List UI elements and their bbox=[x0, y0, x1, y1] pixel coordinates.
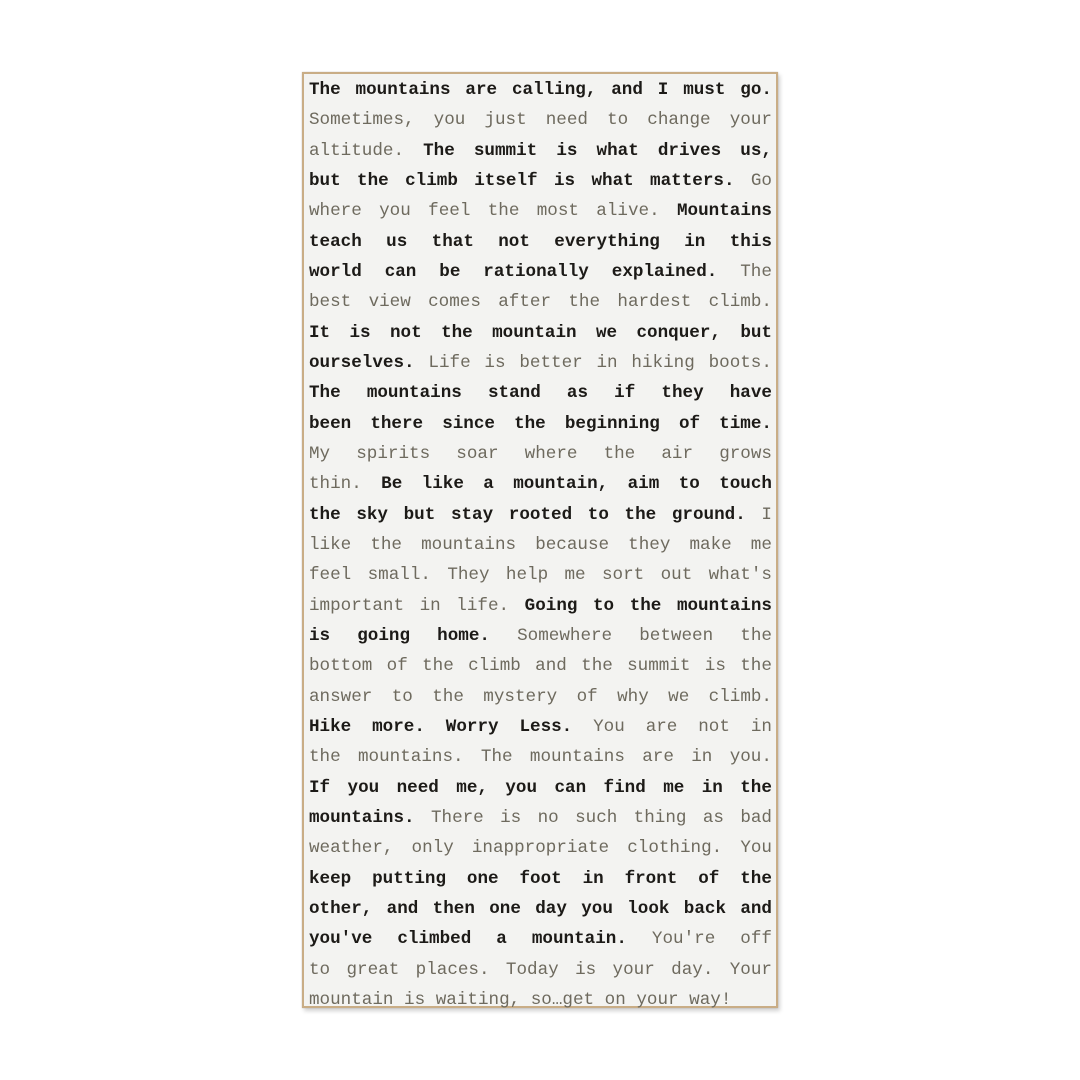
quote-word: Somewhere bbox=[517, 621, 612, 651]
quote-word: between bbox=[639, 621, 713, 651]
quote-word: feel bbox=[428, 196, 470, 226]
quote-word: we bbox=[596, 318, 617, 348]
text-line: altitude.Thesummitiswhatdrivesus, bbox=[309, 136, 772, 166]
quote-word: climb bbox=[405, 166, 458, 196]
quote-word: to bbox=[607, 105, 628, 135]
quote-word: the bbox=[630, 591, 662, 621]
quote-word: inappropriate bbox=[472, 833, 609, 863]
quote-word: mountains. bbox=[309, 803, 415, 833]
quote-word: change bbox=[647, 105, 710, 135]
quote-word: ourselves. bbox=[309, 348, 415, 378]
quote-word: is bbox=[705, 651, 726, 681]
quote-word: Less. bbox=[519, 712, 572, 742]
quote-word: climb bbox=[468, 651, 521, 681]
quote-word: you bbox=[348, 773, 380, 803]
quote-word: in bbox=[583, 864, 604, 894]
quote-word: me bbox=[565, 560, 586, 590]
quote-word: hiking bbox=[631, 348, 694, 378]
quote-word: feel bbox=[309, 560, 351, 590]
text-line: feelsmall.Theyhelpmesortoutwhat's bbox=[309, 560, 772, 590]
quote-word: air bbox=[661, 439, 693, 469]
quote-word: us bbox=[386, 227, 407, 257]
quote-word: a bbox=[496, 924, 507, 954]
quote-word: The bbox=[423, 136, 455, 166]
quote-word: the bbox=[604, 439, 636, 469]
quote-word: a bbox=[483, 469, 494, 499]
quote-word: way! bbox=[689, 985, 731, 1015]
text-line: Sometimes,youjustneedtochangeyour bbox=[309, 105, 772, 135]
quote-word: been bbox=[309, 409, 351, 439]
quote-word: to bbox=[679, 469, 700, 499]
quote-word: the bbox=[488, 196, 520, 226]
quote-word: the bbox=[740, 621, 772, 651]
text-line: teachusthatnoteverythinginthis bbox=[309, 227, 772, 257]
quote-word: in bbox=[702, 773, 723, 803]
text-line: Hikemore.WorryLess.Youarenotin bbox=[309, 712, 772, 742]
quote-word: you bbox=[581, 894, 613, 924]
quote-word: go. bbox=[740, 75, 772, 105]
text-line: buttheclimbitselfiswhatmatters.Go bbox=[309, 166, 772, 196]
quote-word: out bbox=[661, 560, 693, 590]
quote-word: Go bbox=[751, 166, 772, 196]
quote-word: the bbox=[370, 530, 402, 560]
text-line: mountains.Thereisnosuchthingasbad bbox=[309, 803, 772, 833]
quote-word: look bbox=[627, 894, 669, 924]
quote-word: sky bbox=[356, 500, 388, 530]
quote-word: the bbox=[568, 287, 600, 317]
quote-word: your bbox=[636, 985, 689, 1015]
text-line: isgoinghome.Somewherebetweenthe bbox=[309, 621, 772, 651]
quote-word: the bbox=[309, 500, 341, 530]
quote-word: that bbox=[432, 227, 474, 257]
quote-word: your bbox=[613, 955, 655, 985]
quote-word: not bbox=[698, 712, 730, 742]
quote-word: this bbox=[730, 227, 772, 257]
quote-word: mountains bbox=[421, 530, 516, 560]
quote-word: we bbox=[668, 682, 689, 712]
quote-word: if bbox=[614, 378, 635, 408]
quote-word: mountains bbox=[530, 742, 625, 772]
quote-word: so…get bbox=[531, 985, 605, 1015]
text-line: Ifyouneedme,youcanfindmeinthe bbox=[309, 773, 772, 803]
quote-word: you. bbox=[730, 742, 772, 772]
quote-word: of bbox=[577, 682, 598, 712]
text-line: other,andthenonedayyoulookbackand bbox=[309, 894, 772, 924]
quote-word: The bbox=[481, 742, 513, 772]
text-line: answertothemysteryofwhyweclimb. bbox=[309, 682, 772, 712]
quote-word: day bbox=[535, 894, 567, 924]
quote-word: the bbox=[740, 773, 772, 803]
quote-word: better bbox=[519, 348, 582, 378]
quote-word: spirits bbox=[356, 439, 430, 469]
quote-word: climb. bbox=[709, 682, 772, 712]
quote-word: they bbox=[628, 530, 670, 560]
quote-word: It bbox=[309, 318, 330, 348]
quote-word: clothing. bbox=[627, 833, 722, 863]
quote-word: important bbox=[309, 591, 404, 621]
quote-word: there bbox=[370, 409, 423, 439]
quote-word: day. bbox=[671, 955, 713, 985]
quote-word: The bbox=[309, 378, 341, 408]
quote-word: is bbox=[554, 166, 575, 196]
text-line: Themountainsstandasiftheyhave bbox=[309, 378, 772, 408]
quote-word: what's bbox=[709, 560, 772, 590]
quote-word: like bbox=[309, 530, 351, 560]
sign-text-block: Themountainsarecalling,andImustgo.Someti… bbox=[309, 75, 772, 1006]
quote-word: altitude. bbox=[309, 136, 404, 166]
quote-word: world bbox=[309, 257, 362, 287]
quote-word: rooted bbox=[509, 500, 572, 530]
quote-word: sort bbox=[602, 560, 644, 590]
quote-word: great bbox=[346, 955, 399, 985]
quote-word: to bbox=[309, 955, 330, 985]
quote-word: back bbox=[684, 894, 726, 924]
quote-word: ground. bbox=[672, 500, 746, 530]
quote-word: boots. bbox=[709, 348, 772, 378]
quote-word: time. bbox=[719, 409, 772, 439]
quote-word: Sometimes, bbox=[309, 105, 415, 135]
text-line: worldcanberationallyexplained.The bbox=[309, 257, 772, 287]
quote-word: You're bbox=[652, 924, 715, 954]
quote-word: in bbox=[684, 227, 705, 257]
quote-word: in bbox=[420, 591, 441, 621]
quote-word: one bbox=[467, 864, 499, 894]
quote-word: after bbox=[498, 287, 551, 317]
quote-word: stand bbox=[488, 378, 541, 408]
quote-word: you bbox=[505, 773, 537, 803]
quote-word: need bbox=[546, 105, 588, 135]
quote-word: You bbox=[593, 712, 625, 742]
text-line: likethemountainsbecausetheymakeme bbox=[309, 530, 772, 560]
quote-word: as bbox=[567, 378, 588, 408]
quote-word: waiting, bbox=[436, 985, 531, 1015]
text-line: keepputtingonefootinfrontofthe bbox=[309, 864, 772, 894]
quote-word: I bbox=[761, 500, 772, 530]
quote-word: help bbox=[506, 560, 548, 590]
quote-word: the bbox=[441, 318, 473, 348]
quote-word: is bbox=[484, 348, 505, 378]
quote-word: you've bbox=[309, 924, 372, 954]
quote-word: itself bbox=[474, 166, 537, 196]
quote-word: touch bbox=[719, 469, 772, 499]
quote-word: in bbox=[751, 712, 772, 742]
quote-word: of bbox=[679, 409, 700, 439]
quote-word: Hike bbox=[309, 712, 351, 742]
quote-word: but bbox=[740, 318, 772, 348]
quote-word: and bbox=[387, 894, 419, 924]
quote-word: in bbox=[597, 348, 618, 378]
quote-word: best bbox=[309, 287, 351, 317]
quote-word: home. bbox=[437, 621, 490, 651]
quote-word: is bbox=[309, 621, 330, 651]
quote-word: hardest bbox=[617, 287, 691, 317]
quote-word: mountains bbox=[356, 75, 451, 105]
quote-word: be bbox=[439, 257, 460, 287]
quote-word: foot bbox=[519, 864, 561, 894]
quote-word: matters. bbox=[650, 166, 734, 196]
quote-word: no bbox=[538, 803, 559, 833]
mountain-quotes-sign: Themountainsarecalling,andImustgo.Someti… bbox=[302, 72, 778, 1008]
quote-word: everything bbox=[554, 227, 660, 257]
quote-word: mountains bbox=[367, 378, 462, 408]
quote-word: the bbox=[309, 742, 341, 772]
text-line: mountain is waiting, so…get on your way! bbox=[309, 985, 772, 1015]
quote-word: There bbox=[431, 803, 484, 833]
quote-word: me bbox=[663, 773, 684, 803]
quote-word: me bbox=[751, 530, 772, 560]
quote-word: because bbox=[535, 530, 609, 560]
quote-word: the bbox=[740, 651, 772, 681]
quote-word: as bbox=[703, 803, 724, 833]
text-line: importantinlife.Goingtothemountains bbox=[309, 591, 772, 621]
quote-word: they bbox=[661, 378, 703, 408]
quote-word: drives bbox=[658, 136, 721, 166]
quote-word: mountains. bbox=[358, 742, 464, 772]
quote-word: one bbox=[489, 894, 521, 924]
quote-word: Be bbox=[381, 469, 402, 499]
text-line: theskybutstayrootedtotheground.I bbox=[309, 500, 772, 530]
text-line: thin.Belikeamountain,aimtotouch bbox=[309, 469, 772, 499]
quote-word: can bbox=[385, 257, 417, 287]
quote-word: rationally bbox=[483, 257, 589, 287]
quote-word: need bbox=[397, 773, 439, 803]
quote-word: climb. bbox=[709, 287, 772, 317]
quote-word: is bbox=[500, 803, 521, 833]
text-line: you'veclimbedamountain.You'reoff bbox=[309, 924, 772, 954]
quote-word: calling, bbox=[512, 75, 596, 105]
quote-word: to bbox=[588, 500, 609, 530]
quote-word: are bbox=[646, 712, 678, 742]
quote-word: mountain bbox=[309, 985, 404, 1015]
text-line: bestviewcomesafterthehardestclimb. bbox=[309, 287, 772, 317]
quote-word: mountain, bbox=[513, 469, 608, 499]
quote-word: what bbox=[597, 136, 639, 166]
quote-word: where bbox=[309, 196, 362, 226]
quote-word: Going bbox=[525, 591, 578, 621]
quote-word: such bbox=[575, 803, 617, 833]
quote-word: other, bbox=[309, 894, 372, 924]
quote-word: mystery bbox=[483, 682, 557, 712]
quote-word: the bbox=[422, 651, 454, 681]
quote-word: the bbox=[625, 500, 657, 530]
text-line: whereyoufeelthemostalive.Mountains bbox=[309, 196, 772, 226]
quote-word: where bbox=[525, 439, 578, 469]
quote-word: bottom bbox=[309, 651, 372, 681]
quote-word: grows bbox=[719, 439, 772, 469]
quote-word: mountains bbox=[677, 591, 772, 621]
quote-word: comes bbox=[428, 287, 481, 317]
quote-word: of bbox=[387, 651, 408, 681]
quote-word: weather, bbox=[309, 833, 393, 863]
quote-word: summit bbox=[627, 651, 690, 681]
quote-word: since bbox=[442, 409, 495, 439]
quote-word: only bbox=[412, 833, 454, 863]
quote-word: Mountains bbox=[677, 196, 772, 226]
quote-word: me, bbox=[456, 773, 488, 803]
quote-word: thing bbox=[634, 803, 687, 833]
quote-word: to bbox=[593, 591, 614, 621]
quote-word: They bbox=[447, 560, 489, 590]
quote-word: can bbox=[554, 773, 586, 803]
quote-word: of bbox=[698, 864, 719, 894]
text-line: bottomoftheclimbandthesummitisthe bbox=[309, 651, 772, 681]
quote-word: keep bbox=[309, 864, 351, 894]
quote-word: places. bbox=[416, 955, 490, 985]
quote-word: My bbox=[309, 439, 330, 469]
quote-word: You bbox=[740, 833, 772, 863]
quote-word: Today bbox=[506, 955, 559, 985]
quote-word: alive. bbox=[596, 196, 659, 226]
text-line: togreatplaces.Todayisyourday.Your bbox=[309, 955, 772, 985]
quote-word: Life bbox=[428, 348, 470, 378]
quote-word: on bbox=[605, 985, 637, 1015]
quote-word: are bbox=[465, 75, 497, 105]
quote-word: then bbox=[433, 894, 475, 924]
quote-word: beginning bbox=[565, 409, 660, 439]
quote-word: what bbox=[591, 166, 633, 196]
quote-word: view bbox=[369, 287, 411, 317]
quote-word: The bbox=[309, 75, 341, 105]
text-line: weather,onlyinappropriateclothing.You bbox=[309, 833, 772, 863]
quote-word: more. bbox=[372, 712, 425, 742]
quote-word: your bbox=[730, 105, 772, 135]
quote-word: mountain bbox=[492, 318, 576, 348]
quote-word: but bbox=[309, 166, 341, 196]
quote-word: us, bbox=[740, 136, 772, 166]
text-line: Myspiritssoarwheretheairgrows bbox=[309, 439, 772, 469]
quote-word: and bbox=[611, 75, 643, 105]
quote-word: soar bbox=[456, 439, 498, 469]
quote-word: is bbox=[575, 955, 596, 985]
quote-word: bad bbox=[740, 803, 772, 833]
quote-word: just bbox=[484, 105, 526, 135]
quote-word: why bbox=[617, 682, 649, 712]
quote-word: is bbox=[404, 985, 436, 1015]
quote-word: If bbox=[309, 773, 330, 803]
quote-word: find bbox=[604, 773, 646, 803]
quote-word: mountain. bbox=[532, 924, 627, 954]
quote-word: explained. bbox=[612, 257, 718, 287]
quote-word: conquer, bbox=[636, 318, 720, 348]
text-line: beentheresincethebeginningoftime. bbox=[309, 409, 772, 439]
quote-word: have bbox=[730, 378, 772, 408]
quote-word: the bbox=[357, 166, 389, 196]
quote-word: you bbox=[434, 105, 466, 135]
quote-word: front bbox=[625, 864, 678, 894]
quote-word: teach bbox=[309, 227, 362, 257]
quote-word: make bbox=[689, 530, 731, 560]
quote-word: going bbox=[357, 621, 410, 651]
text-line: ourselves.Lifeisbetterinhikingboots. bbox=[309, 348, 772, 378]
quote-word: the bbox=[581, 651, 613, 681]
quote-word: I bbox=[658, 75, 669, 105]
quote-word: in bbox=[691, 742, 712, 772]
quote-word: The bbox=[740, 257, 772, 287]
quote-word: is bbox=[350, 318, 371, 348]
text-line: themountains.Themountainsareinyou. bbox=[309, 742, 772, 772]
quote-word: the bbox=[432, 682, 464, 712]
quote-word: are bbox=[642, 742, 674, 772]
quote-word: and bbox=[535, 651, 567, 681]
quote-word: and bbox=[740, 894, 772, 924]
quote-word: is bbox=[556, 136, 577, 166]
quote-word: life. bbox=[456, 591, 509, 621]
quote-word: climbed bbox=[397, 924, 471, 954]
quote-word: but bbox=[404, 500, 436, 530]
quote-word: most bbox=[537, 196, 579, 226]
quote-word: not bbox=[390, 318, 422, 348]
quote-word: Worry bbox=[446, 712, 499, 742]
quote-word: like bbox=[422, 469, 464, 499]
quote-word: small. bbox=[368, 560, 431, 590]
quote-word: not bbox=[498, 227, 530, 257]
text-line: Itisnotthemountainweconquer,but bbox=[309, 318, 772, 348]
quote-word: the bbox=[514, 409, 546, 439]
quote-word: putting bbox=[372, 864, 446, 894]
quote-word: off bbox=[740, 924, 772, 954]
quote-word: aim bbox=[628, 469, 660, 499]
quote-word: summit bbox=[474, 136, 537, 166]
quote-word: thin. bbox=[309, 469, 362, 499]
quote-word: the bbox=[740, 864, 772, 894]
quote-word: answer bbox=[309, 682, 372, 712]
quote-word: you bbox=[379, 196, 411, 226]
quote-word: to bbox=[392, 682, 413, 712]
text-line: Themountainsarecalling,andImustgo. bbox=[309, 75, 772, 105]
quote-word: stay bbox=[451, 500, 493, 530]
quote-word: Your bbox=[730, 955, 772, 985]
quote-word: must bbox=[683, 75, 725, 105]
